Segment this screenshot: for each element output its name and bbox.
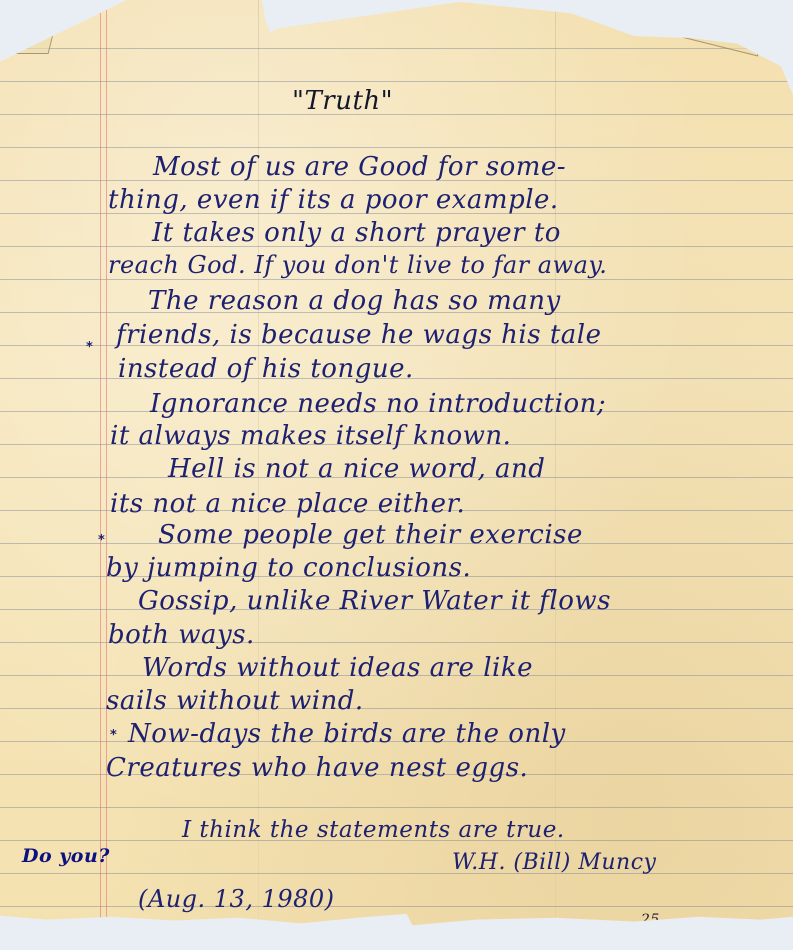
text-line-19: Creatures who have nest eggs. <box>106 753 528 783</box>
text-line-18: Now-days the birds are the only <box>128 719 566 749</box>
text-line-15: both ways. <box>108 620 255 650</box>
folded-corner-top-right <box>639 8 762 57</box>
text-line-16: Words without ideas are like <box>142 653 533 683</box>
side-note: Do you? <box>22 845 110 867</box>
scan-stage: "Truth" Most of us are Good for some- th… <box>0 0 793 950</box>
notebook-paper: "Truth" Most of us are Good for some- th… <box>0 0 793 950</box>
document-title: "Truth" <box>292 86 393 116</box>
text-line-1: Most of us are Good for some- <box>153 152 566 182</box>
text-line-5: The reason a dog has so many <box>148 286 561 316</box>
text-line-14: Gossip, unlike River Water it flows <box>138 586 611 616</box>
asterisk-marker-3: * <box>110 728 117 743</box>
text-line-11: its not a nice place either. <box>110 489 465 519</box>
text-line-12: Some people get their exercise <box>158 520 583 550</box>
text-line-8: Ignorance needs no introduction; <box>150 389 606 419</box>
text-line-9: it always makes itself known. <box>110 421 511 451</box>
asterisk-marker-2: * <box>98 533 105 548</box>
date: (Aug. 13, 1980) <box>138 885 335 913</box>
text-line-4: reach God. If you don't live to far away… <box>108 251 607 279</box>
text-line-3: It takes only a short prayer to <box>152 218 561 248</box>
text-line-13: by jumping to conclusions. <box>106 553 471 583</box>
margin-line-left <box>100 0 101 950</box>
text-line-17: sails without wind. <box>106 686 364 716</box>
text-line-10: Hell is not a nice word, and <box>168 454 545 484</box>
text-line-2: thing, even if its a poor example. <box>108 185 559 215</box>
margin-line-right <box>106 0 107 950</box>
corner-mark: .25 <box>636 912 660 928</box>
text-line-7: instead of his tongue. <box>118 354 414 384</box>
signature: W.H. (Bill) Muncy <box>452 850 656 875</box>
asterisk-marker-1: * <box>86 340 93 355</box>
closing-statement: I think the statements are true. <box>182 817 565 843</box>
fold-crease-right <box>555 0 556 950</box>
folded-corner-top-left <box>7 10 60 54</box>
text-line-6: friends, is because he wags his tale <box>116 320 602 350</box>
